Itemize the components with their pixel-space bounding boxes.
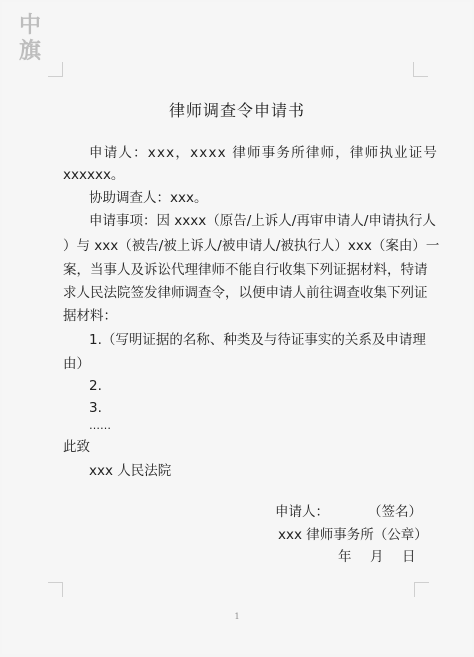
signature-applicant-sign: （签名） — [368, 503, 422, 521]
matter-line: 求人民法院签发律师调查令，以便申请人前往调查收集下列证 — [63, 284, 428, 302]
signature-date-month: 月 — [370, 548, 384, 566]
signature-date-day: 日 — [402, 548, 416, 566]
assistant-investigator-line: 协助调查人：xxx。 — [89, 189, 207, 207]
closing-salutation: 此致 — [63, 438, 90, 456]
margin-corner-mark-top-left — [48, 62, 63, 77]
margin-corner-mark-bottom-left — [48, 582, 63, 597]
page-number: 1 — [0, 612, 474, 621]
signature-firm-seal: xxx 律师事务所（公章） — [278, 526, 428, 544]
evidence-item: 2. — [89, 377, 102, 395]
signature-applicant-label: 申请人： — [275, 503, 329, 521]
evidence-item: 1.（写明证据的名称、种类及与待证事实的关系及申请理 — [89, 331, 426, 349]
margin-corner-mark-top-right — [413, 62, 428, 77]
watermark-char: 中 — [16, 12, 44, 38]
margin-corner-mark-bottom-right — [414, 582, 429, 597]
applicant-license-line: xxxxxx。 — [63, 166, 124, 184]
watermark-logo: 中 旗 — [16, 12, 44, 64]
evidence-item: 3. — [89, 399, 102, 417]
signature-date-year: 年 — [338, 548, 352, 566]
evidence-item-ellipsis: …… — [89, 417, 111, 435]
applicant-line: 申请人：xxx，xxxx 律师事务所律师，律师执业证号 — [89, 144, 438, 162]
matter-line: 申请事项：因 xxxx（原告/上诉人/再审申请人/申请执行人 — [89, 212, 436, 230]
matter-line: 据材料： — [63, 307, 117, 325]
watermark-char: 旗 — [16, 38, 44, 64]
matter-line: 案，当事人及诉讼代理律师不能自行收集下列证据材料，特请 — [63, 261, 428, 279]
recipient-court: xxx 人民法院 — [89, 462, 171, 480]
document-title: 律师调查令申请书 — [0, 98, 474, 121]
matter-line: ）与 xxx（被告/被上诉人/被申请人/被执行人）xxx（案由）一 — [63, 237, 439, 255]
evidence-item: 由） — [63, 355, 90, 373]
